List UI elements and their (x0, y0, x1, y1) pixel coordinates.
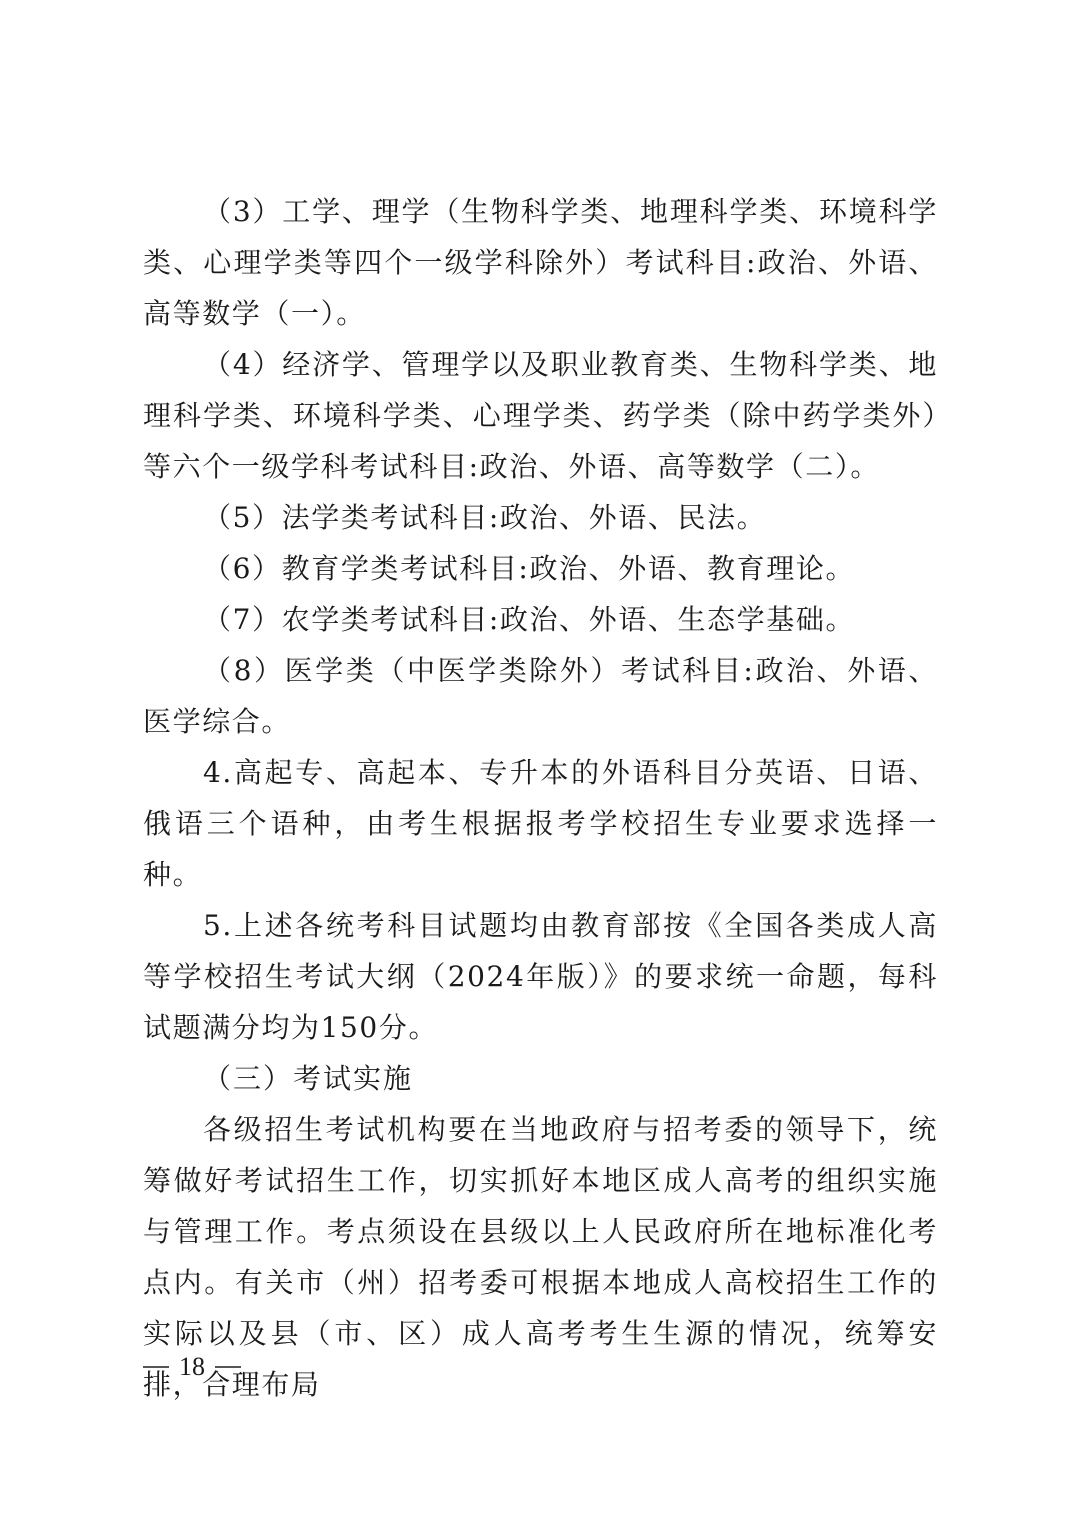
paragraph-point-5: 5.上述各统考科目试题均由教育部按《全国各类成人高等学校招生考试大纲（2024年… (143, 900, 938, 1053)
paragraph-item-6: （6）教育学类考试科目:政治、外语、教育理论。 (143, 543, 938, 594)
paragraph-item-7: （7）农学类考试科目:政治、外语、生态学基础。 (143, 594, 938, 645)
paragraph-item-5: （5）法学类考试科目:政治、外语、民法。 (143, 492, 938, 543)
page-number: 18 (179, 1352, 205, 1382)
dash-right (215, 1366, 241, 1368)
dash-left (143, 1366, 169, 1368)
paragraph-point-4: 4.高起专、高起本、专升本的外语科目分英语、日语、俄语三个语种，由考生根据报考学… (143, 747, 938, 900)
document-body: （3）工学、理学（生物科学类、地理科学类、环境科学类、心理学类等四个一级学科除外… (143, 186, 938, 1410)
paragraph-item-8: （8）医学类（中医学类除外）考试科目:政治、外语、医学综合。 (143, 645, 938, 747)
section-heading: （三）考试实施 (143, 1053, 938, 1104)
paragraph-exam-implementation: 各级招生考试机构要在当地政府与招考委的领导下，统筹做好考试招生工作，切实抓好本地… (143, 1104, 938, 1410)
paragraph-item-3: （3）工学、理学（生物科学类、地理科学类、环境科学类、心理学类等四个一级学科除外… (143, 186, 938, 339)
page-footer: 18 (143, 1352, 241, 1382)
paragraph-item-4: （4）经济学、管理学以及职业教育类、生物科学类、地理科学类、环境科学类、心理学类… (143, 339, 938, 492)
